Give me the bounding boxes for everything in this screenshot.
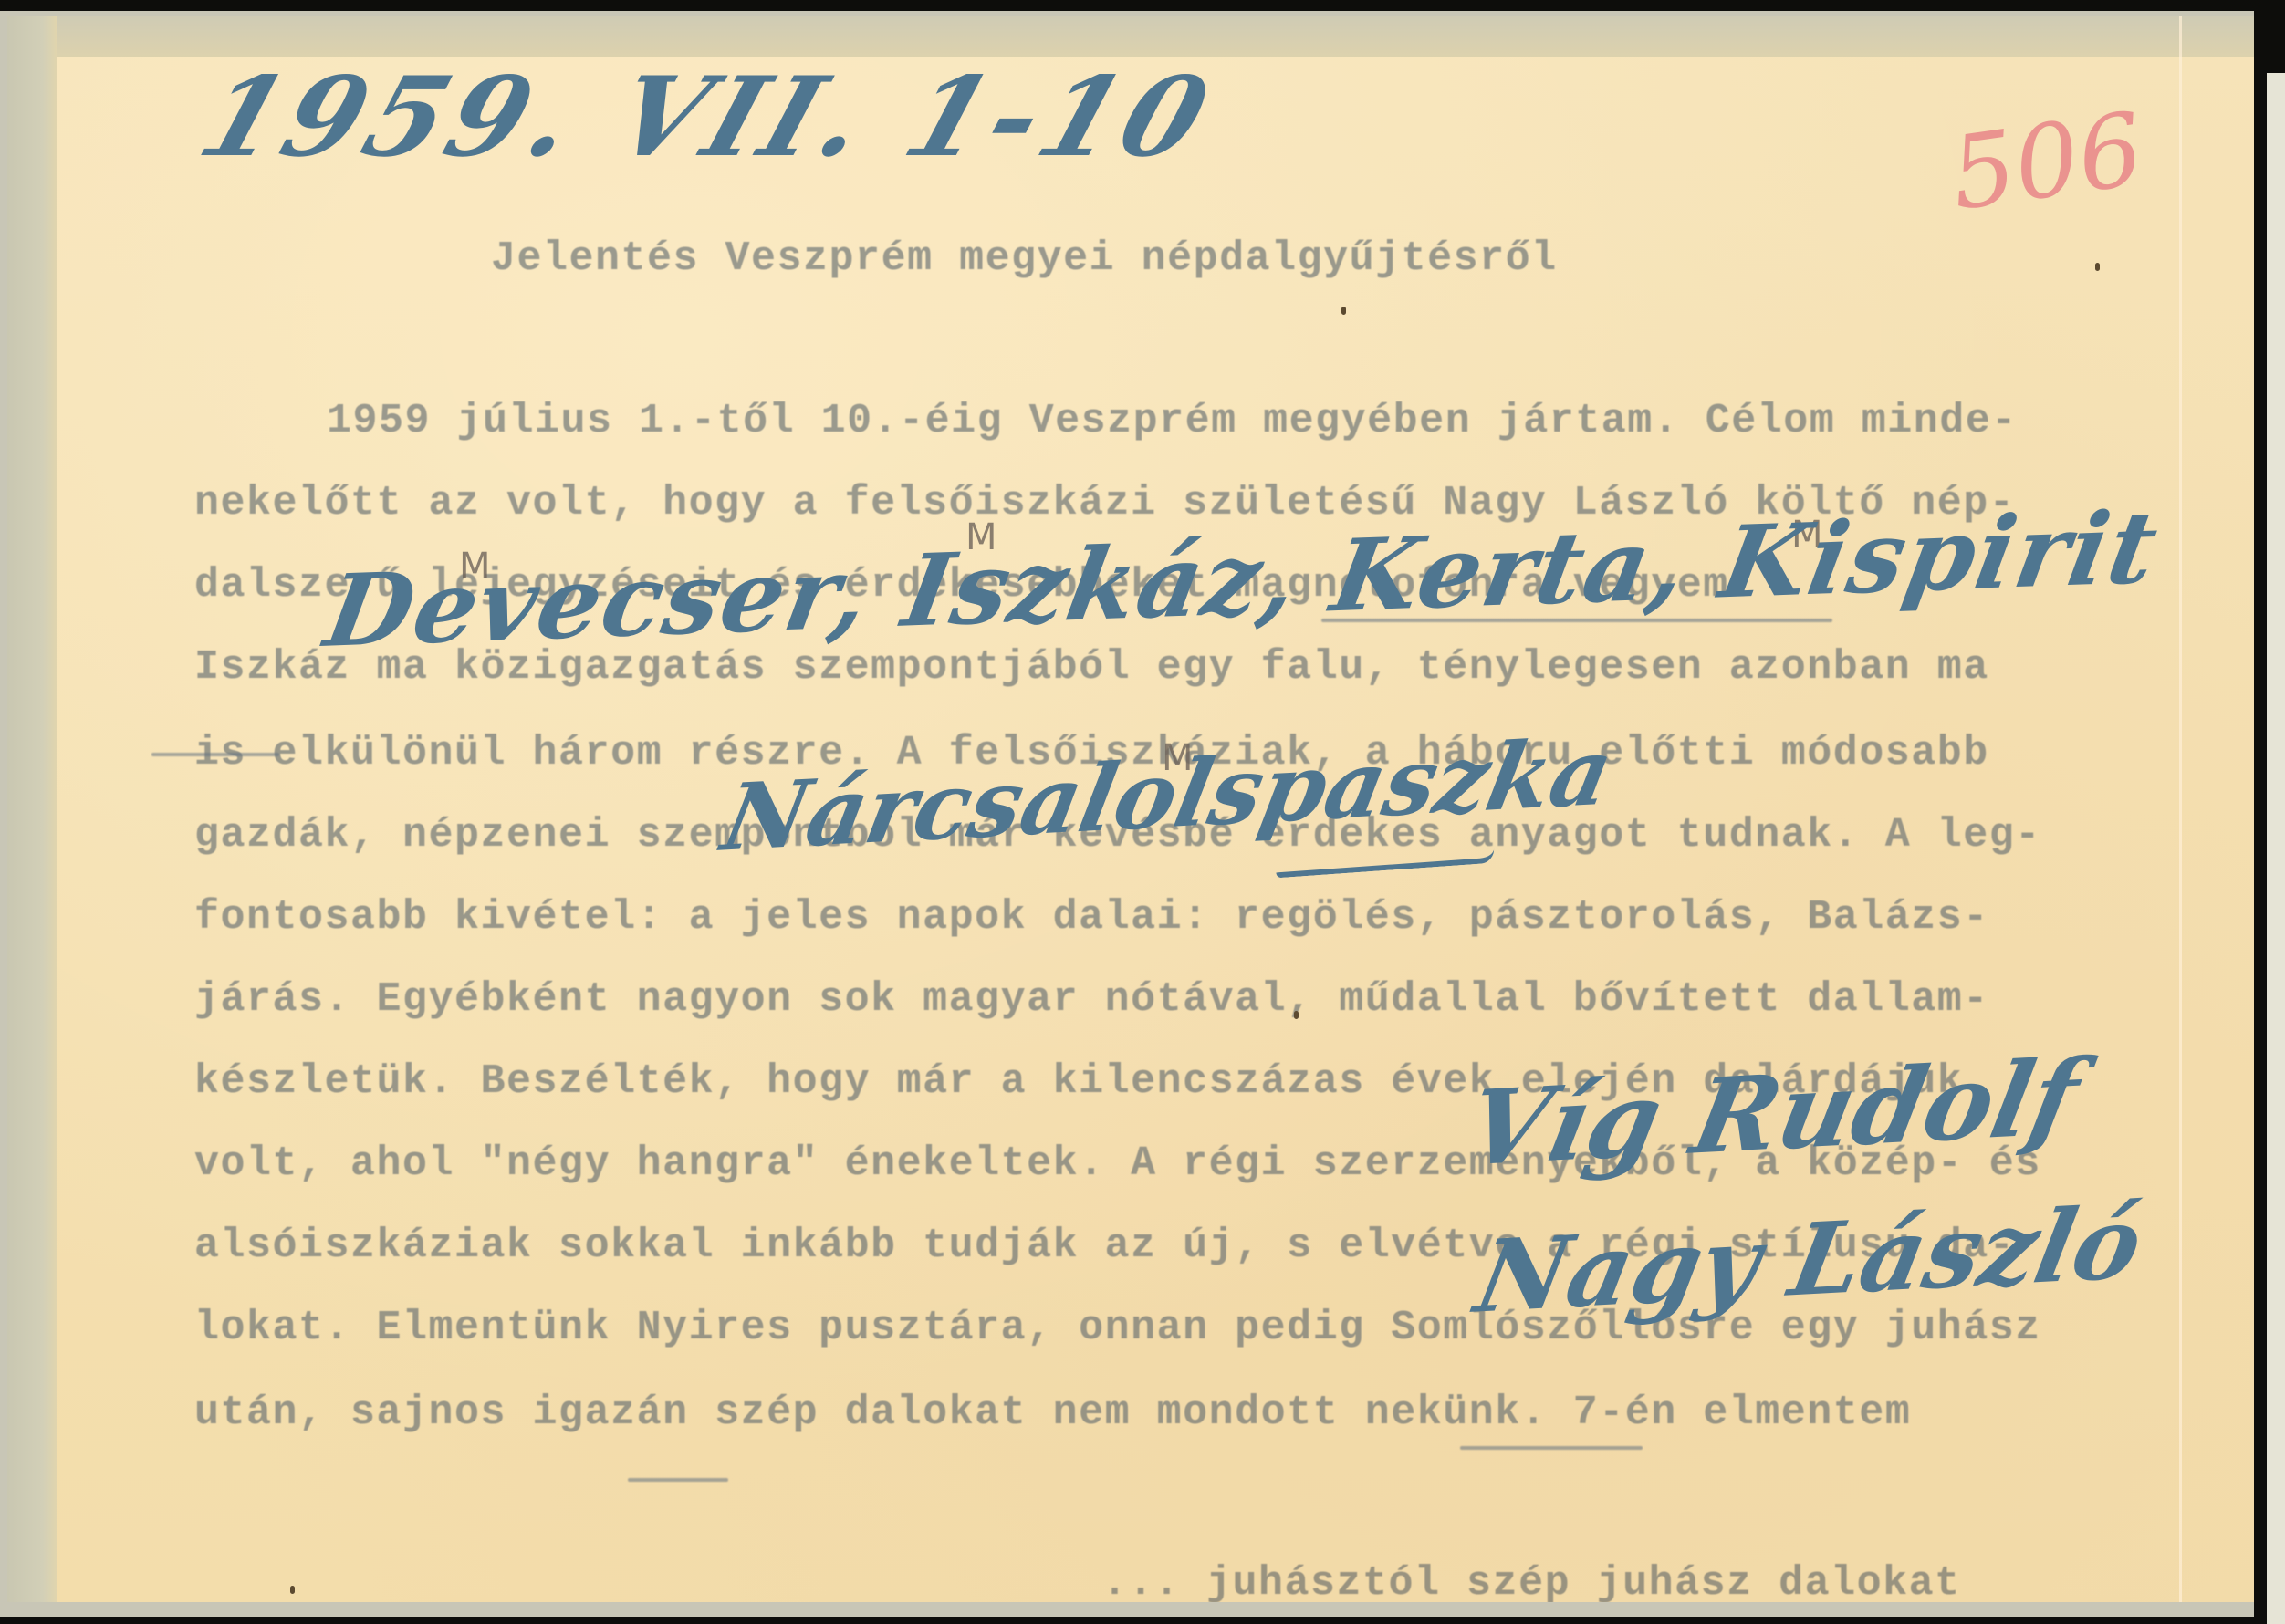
- body-line-13: után, sajnos igazán szép dalokat nem mon…: [194, 1390, 1911, 1436]
- body-line-1: 1959 július 1.-től 10.-éig Veszprém megy…: [327, 398, 2018, 444]
- overlapping-page-strip-left: [7, 16, 57, 1602]
- paper-speck: [2095, 263, 2100, 271]
- paper-speck: [1341, 307, 1346, 315]
- paper-speck: [1294, 1011, 1299, 1019]
- underline-iszkaz: [151, 753, 279, 756]
- underline-nyires: [628, 1478, 728, 1482]
- body-line-8: járás. Egyébként nagyon sok magyar nótáv…: [194, 976, 1989, 1023]
- underline-somloszollosre: [1460, 1446, 1643, 1450]
- body-line-14: ... juhásztól szép juhász dalokat: [1102, 1560, 1961, 1602]
- signature-nagy-laszlo: Nagy László: [1467, 1185, 2151, 1336]
- handwritten-date: 1959. VII. 1-10: [185, 53, 1228, 182]
- paper-fold-line: [2179, 16, 2182, 1602]
- backing-sheet-edge: [2267, 73, 2285, 1624]
- paper-speck: [290, 1586, 295, 1594]
- document-title: Jelentés Veszprém megyei népdalgyűjtésrő…: [491, 235, 1558, 282]
- body-line-7: fontosabb kivétel: a jeles napok dalai: …: [194, 894, 1989, 941]
- page-number-red: 506: [1944, 90, 2150, 233]
- overlapping-page-strip-top: [7, 16, 2254, 57]
- document-page: 1959. VII. 1-10 506 Jelentés Veszprém me…: [7, 16, 2254, 1602]
